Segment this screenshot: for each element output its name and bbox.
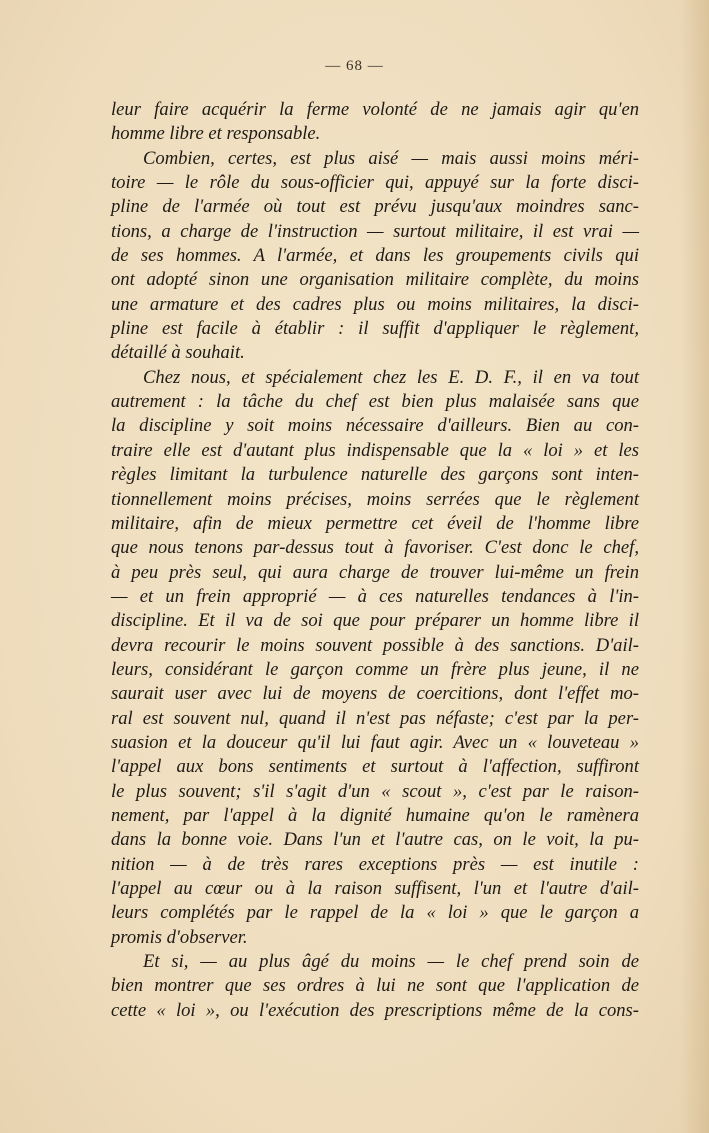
text-line: la discipline y soit moins nécessaire d'… — [111, 414, 639, 438]
text-line: détaillé à souhait. — [111, 341, 639, 365]
text-line: Et si, — au plus âgé du moins — le chef … — [111, 950, 639, 974]
text-line: leurs complétés par le rappel de la « lo… — [111, 901, 639, 925]
text-line: une armature et des cadres plus ou moins… — [111, 293, 639, 317]
text-line: Chez nous, et spécialement chez les E. D… — [111, 366, 639, 390]
text-line: pline est facile à établir : il suffit d… — [111, 317, 639, 341]
text-line: devra recourir le moins souvent possible… — [111, 634, 639, 658]
text-line: le plus souvent; s'il s'agit d'un « scou… — [111, 780, 639, 804]
text-line: leur faire acquérir la ferme volonté de … — [111, 98, 639, 122]
text-line: suasion et la douceur qu'il lui faut agi… — [111, 731, 639, 755]
text-line: règles limitant la turbulence naturelle … — [111, 463, 639, 487]
text-line: homme libre et responsable. — [111, 122, 639, 146]
text-line: que nous tenons par-dessus tout à favori… — [111, 536, 639, 560]
text-line: leurs, considérant le garçon comme un fr… — [111, 658, 639, 682]
paragraph: Combien, certes, est plus aisé — mais au… — [111, 147, 639, 366]
text-line: toire — le rôle du sous-officier qui, ap… — [111, 171, 639, 195]
text-line: ont adopté sinon une organisation milita… — [111, 268, 639, 292]
paragraph: Et si, — au plus âgé du moins — le chef … — [111, 950, 639, 1023]
text-line: nition — à de très rares exceptions près… — [111, 853, 639, 877]
text-line: traire elle est d'autant plus indispensa… — [111, 439, 639, 463]
text-line: bien montrer que ses ordres à lui ne son… — [111, 974, 639, 998]
text-line: cette « loi », ou l'exécution des prescr… — [111, 999, 639, 1023]
text-line: l'appel aux bons sentiments et surtout à… — [111, 755, 639, 779]
body-text: leur faire acquérir la ferme volonté de … — [111, 98, 639, 1023]
book-page: — 68 — leur faire acquérir la ferme volo… — [0, 0, 709, 1133]
text-line: tionnellement moins précises, moins serr… — [111, 488, 639, 512]
text-line: pline de l'armée où tout est prévu jusqu… — [111, 195, 639, 219]
text-line: militaire, afin de mieux permettre cet é… — [111, 512, 639, 536]
text-line: tions, a charge de l'instruction — surto… — [111, 220, 639, 244]
text-line: Combien, certes, est plus aisé — mais au… — [111, 147, 639, 171]
text-line: nement, par l'appel à la dignité humaine… — [111, 804, 639, 828]
text-line: — et un frein approprié — à ces naturell… — [111, 585, 639, 609]
text-line: autrement : la tâche du chef est bien pl… — [111, 390, 639, 414]
text-line: saurait user avec lui de moyens de coerc… — [111, 682, 639, 706]
text-line: de ses hommes. A l'armée, et dans les gr… — [111, 244, 639, 268]
page-number: — 68 — — [0, 58, 709, 75]
text-line: à peu près seul, qui aura charge de trou… — [111, 561, 639, 585]
text-line: dans la bonne voie. Dans l'un et l'autre… — [111, 828, 639, 852]
text-line: l'appel au cœur ou à la raison suffisent… — [111, 877, 639, 901]
text-line: discipline. Et il va de soi que pour pré… — [111, 609, 639, 633]
text-line: promis d'observer. — [111, 926, 639, 950]
paragraph: leur faire acquérir la ferme volonté de … — [111, 98, 639, 147]
paragraph: Chez nous, et spécialement chez les E. D… — [111, 366, 639, 950]
text-line: ral est souvent nul, quand il n'est pas … — [111, 707, 639, 731]
